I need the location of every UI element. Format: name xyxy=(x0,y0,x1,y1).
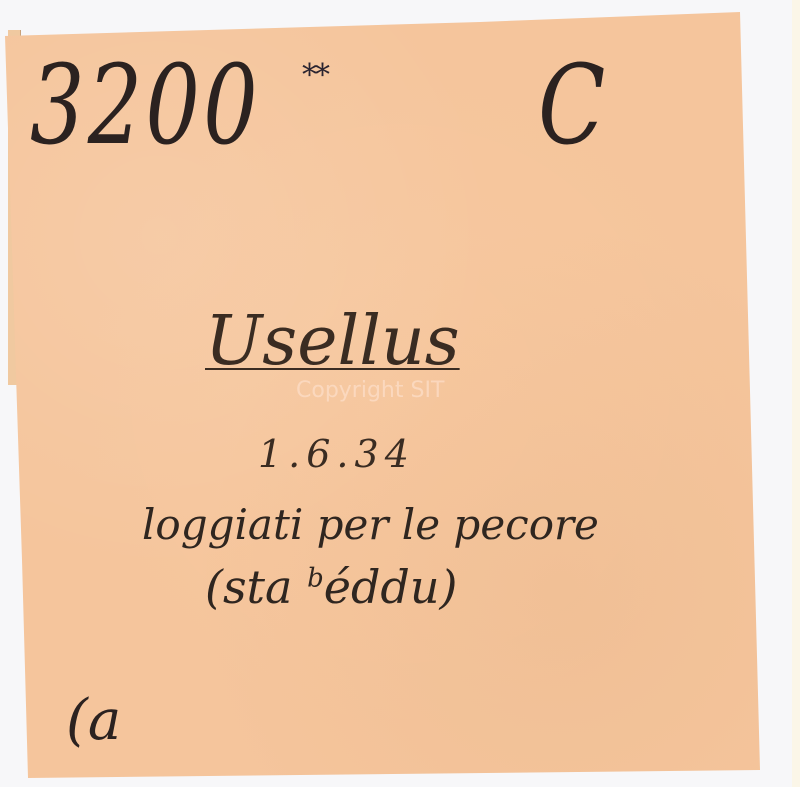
scan-background: 3200 ** C Usellus Copyright SIT 1.6.34 l… xyxy=(0,0,800,787)
local-term-rest: éddu) xyxy=(324,560,458,614)
catalog-marks: ** xyxy=(302,58,328,93)
right-paper-edge xyxy=(792,0,800,787)
bottom-note: (a xyxy=(66,688,121,753)
copyright-watermark: Copyright SIT xyxy=(296,378,444,403)
local-term-open: (sta xyxy=(205,560,292,614)
local-term: (sta béddu) xyxy=(205,560,457,614)
place-name: Usellus xyxy=(205,308,460,376)
local-term-superscript: b xyxy=(307,564,324,594)
catalog-number: 3200 xyxy=(30,50,261,160)
description-text: loggiati per le pecore xyxy=(142,500,599,549)
record-date: 1.6.34 xyxy=(258,432,415,476)
class-letter: C xyxy=(538,50,605,160)
